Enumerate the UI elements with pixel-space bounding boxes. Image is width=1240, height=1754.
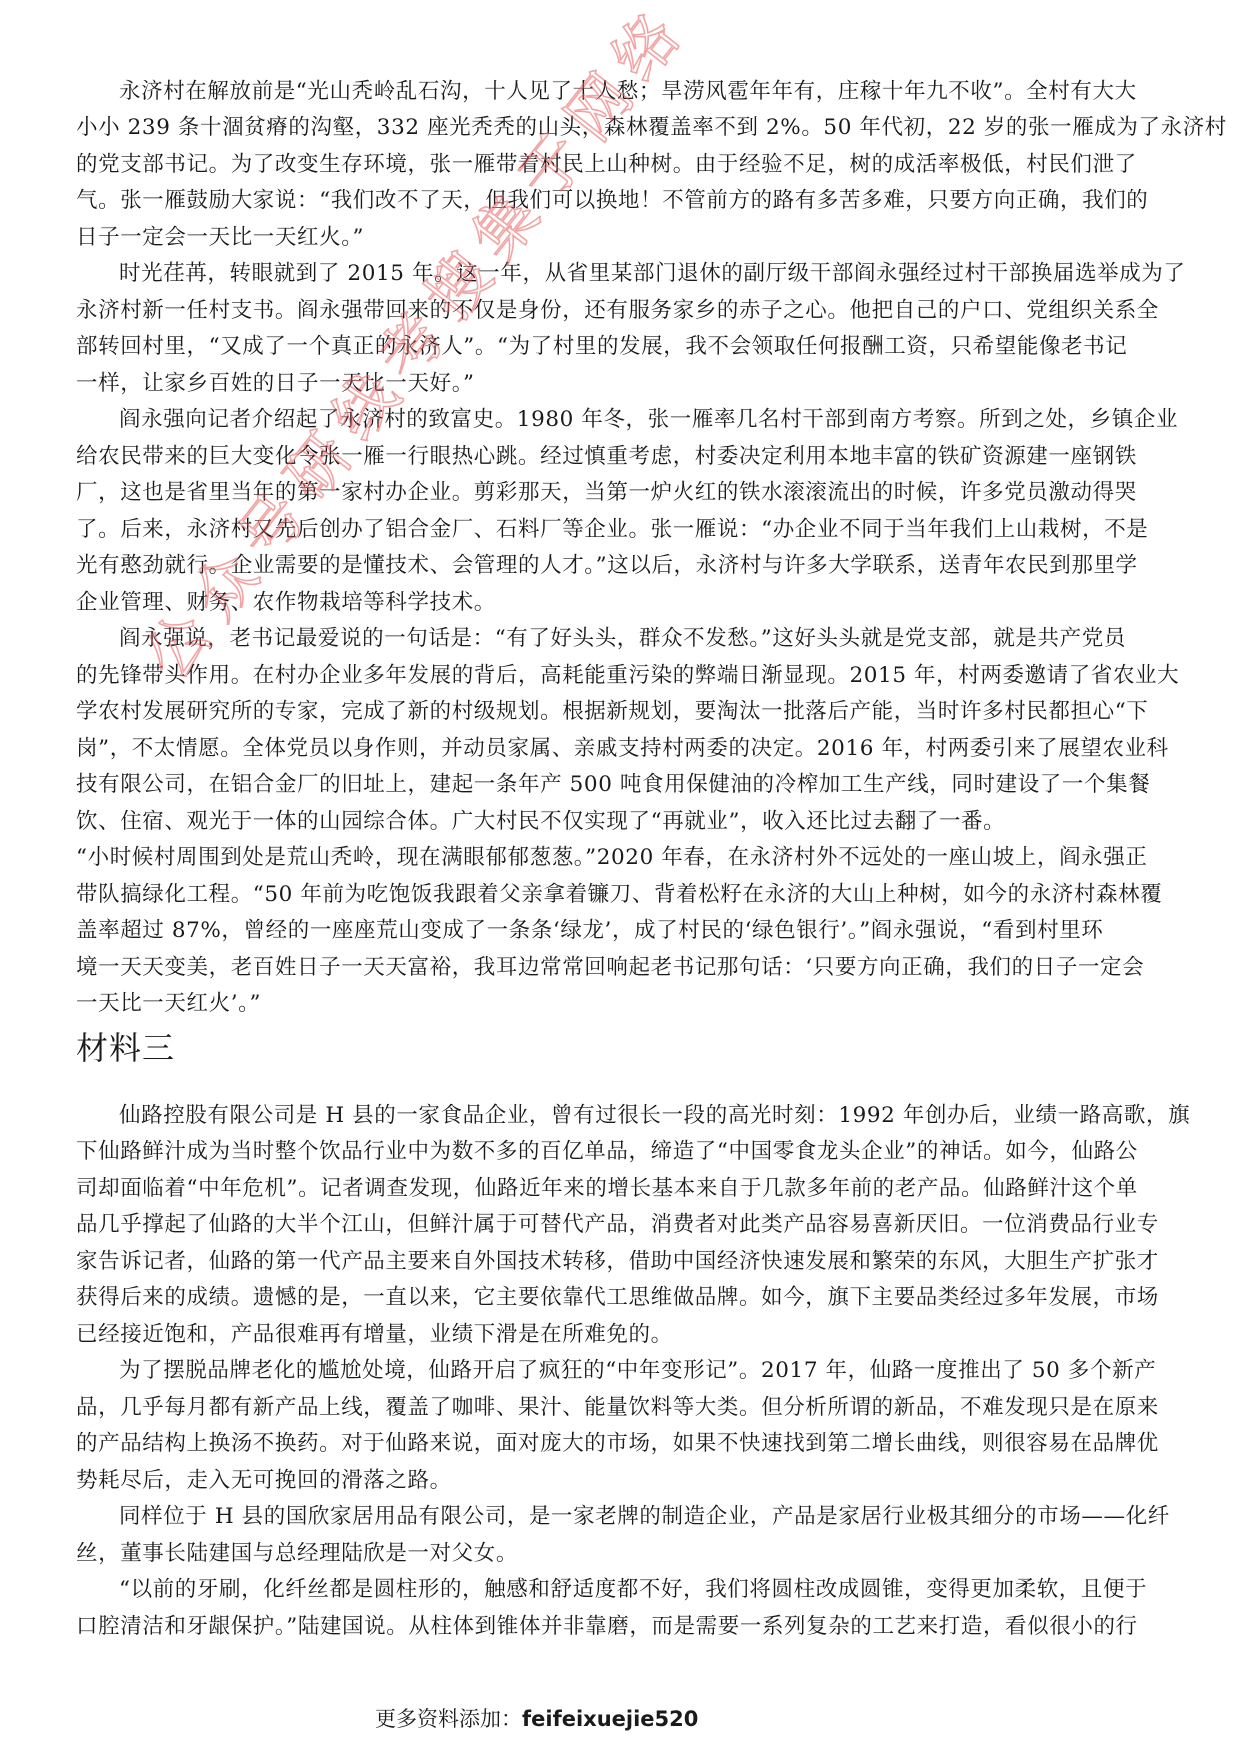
text-line: 境一天天变美，老百姓日子一天天富裕，我耳边常常回响起老书记那句话：‘只要方向正确… [76, 950, 1144, 986]
text-line: 获得后来的成绩。遗憾的是，一直以来，它主要依靠代工思维做品牌。如今，旗下主要品类… [76, 1280, 1159, 1316]
text-line: 岗”，不太情愿。全体党员以身作则，并动员家属、亲戚支持村两委的决定。2016 年… [76, 731, 1169, 767]
text-line: 已经接近饱和，产品很难再有增量，业绩下滑是在所难免的。 [76, 1317, 673, 1353]
text-line: 同样位于 H 县的国欣家居用品有限公司，是一家老牌的制造企业，产品是家居行业极其… [119, 1499, 1170, 1535]
text-line: 永济村在解放前是“光山秃岭乱石沟，十人见了十人愁；旱涝风雹年年有，庄稼十年九不收… [119, 74, 1137, 110]
text-line: “以前的牙刷，化纤丝都是圆柱形的，触感和舒适度都不好，我们将圆柱改成圆锥，变得更… [119, 1572, 1147, 1608]
text-line: 一样，让家乡百姓的日子一天比一天好。” [76, 366, 475, 402]
text-line: 企业管理、财务、农作物栽培等科学技术。 [76, 585, 496, 621]
text-line: 阎永强说，老书记最爱说的一句话是：“有了好头头，群众不发愁。”这好头头就是党支部… [119, 621, 1126, 657]
footer-contact: 更多资料添加：feifeixuejie520 [375, 1704, 698, 1734]
footer-contact-id: feifeixuejie520 [522, 1707, 698, 1731]
text-line: 的先锋带头作用。在村办企业多年发展的背后，高耗能重污染的弊端日渐显现。2015 … [76, 658, 1179, 694]
text-line: 给农民带来的巨大变化令张一雁一行眼热心跳。经过慎重考虑，村委决定利用本地丰富的铁… [76, 439, 1137, 475]
text-line: 的产品结构上换汤不换药。对于仙路来说，面对庞大的市场，如果不快速找到第二增长曲线… [76, 1426, 1159, 1462]
text-line: 品几乎撑起了仙路的大半个江山，但鲜汁属于可替代产品，消费者对此类产品容易喜新厌旧… [76, 1207, 1159, 1243]
text-line: 日子一定会一天比一天红火。” [76, 220, 364, 256]
text-line: 技有限公司，在铝合金厂的旧址上，建起一条年产 500 吨食用保健油的冷榨加工生产… [76, 767, 1150, 803]
text-line: 势耗尽后，走入无可挽回的滑落之路。 [76, 1463, 452, 1499]
text-line: 饮、住宿、观光于一体的山园综合体。广大村民不仅实现了“再就业”，收入还比过去翻了… [76, 804, 1005, 840]
text-line: 司却面临着“中年危机”。记者调查发现，仙路近年来的增长基本来自于几款多年前的老产… [76, 1171, 1138, 1207]
text-line: 下仙路鲜汁成为当时整个饮品行业中为数不多的百亿单品，缔造了“中国零食龙头企业”的… [76, 1134, 1138, 1170]
text-line: 小小 239 条十涸贫瘠的沟壑，332 座光秃秃的山头，森林覆盖率不到 2%。5… [76, 110, 1227, 146]
text-line: 阎永强向记者介绍起了永济村的致富史。1980 年冬，张一雁率几名村干部到南方考察… [119, 402, 1178, 438]
text-line: 厂，这也是省里当年的第一家村办企业。剪彩那天，当第一炉火红的铁水滚滚流出的时候，… [76, 475, 1137, 511]
text-line: 光有憨劲就行。企业需要的是懂技术、会管理的人才。”这以后，永济村与许多大学联系，… [76, 548, 1138, 584]
section-heading-material-3: 材料三 [76, 1026, 175, 1070]
text-line: 带队搞绿化工程。“50 年前为吃饱饭我跟着父亲拿着镰刀、背着松籽在永济的大山上种… [76, 877, 1162, 913]
text-line: 为了摆脱品牌老化的尴尬处境，仙路开启了疯狂的“中年变形记”。2017 年，仙路一… [119, 1353, 1156, 1389]
text-line: 气。张一雁鼓励大家说：“我们改不了天，但我们可以换地！不管前方的路有多苦多难，只… [76, 183, 1148, 219]
text-line: 品，几乎每月都有新产品上线，覆盖了咖啡、果汁、能量饮料等大类。但分析所谓的新品，… [76, 1390, 1159, 1426]
text-line: 部转回村里，“又成了一个真正的永济人”。“为了村里的发展，我不会领取任何报酬工资… [76, 329, 1127, 365]
text-line: 的党支部书记。为了改变生存环境，张一雁带着村民上山种树。由于经验不足，树的成活率… [76, 147, 1137, 183]
text-line: 时光荏苒，转眼就到了 2015 年。这一年，从省里某部门退休的副厅级干部阎永强经… [119, 256, 1186, 292]
text-line: 仙路控股有限公司是 H 县的一家食品企业，曾有过很长一段的高光时刻：1992 年… [119, 1098, 1190, 1134]
footer-label: 更多资料添加： [375, 1707, 522, 1731]
text-line: 盖率超过 87%，曾经的一座座荒山变成了一条条‘绿龙’，成了村民的‘绿色银行’。… [76, 913, 1103, 949]
text-line: 永济村新一任村支书。阎永强带回来的不仅是身份，还有服务家乡的赤子之心。他把自己的… [76, 293, 1159, 329]
text-line: 学农村发展研究所的专家，完成了新的村级规划。根据新规划，要淘汰一批落后产能，当时… [76, 694, 1148, 730]
text-line: 丝，董事长陆建国与总经理陆欣是一对父女。 [76, 1536, 518, 1572]
text-line: 家告诉记者，仙路的第一代产品主要来自外国技术转移，借助中国经济快速发展和繁荣的东… [76, 1244, 1159, 1280]
text-line: 一天比一天红火’。” [76, 986, 261, 1022]
text-line: 口腔清洁和牙龈保护。”陆建国说。从柱体到锥体并非靠磨，而是需要一系列复杂的工艺来… [76, 1609, 1138, 1645]
text-line: 了。后来，永济村又先后创办了铝合金厂、石料厂等企业。张一雁说：“办企业不同于当年… [76, 512, 1148, 548]
text-line: “小时候村周围到处是荒山秃岭，现在满眼郁郁葱葱。”2020 年春，在永济村外不远… [76, 840, 1148, 876]
